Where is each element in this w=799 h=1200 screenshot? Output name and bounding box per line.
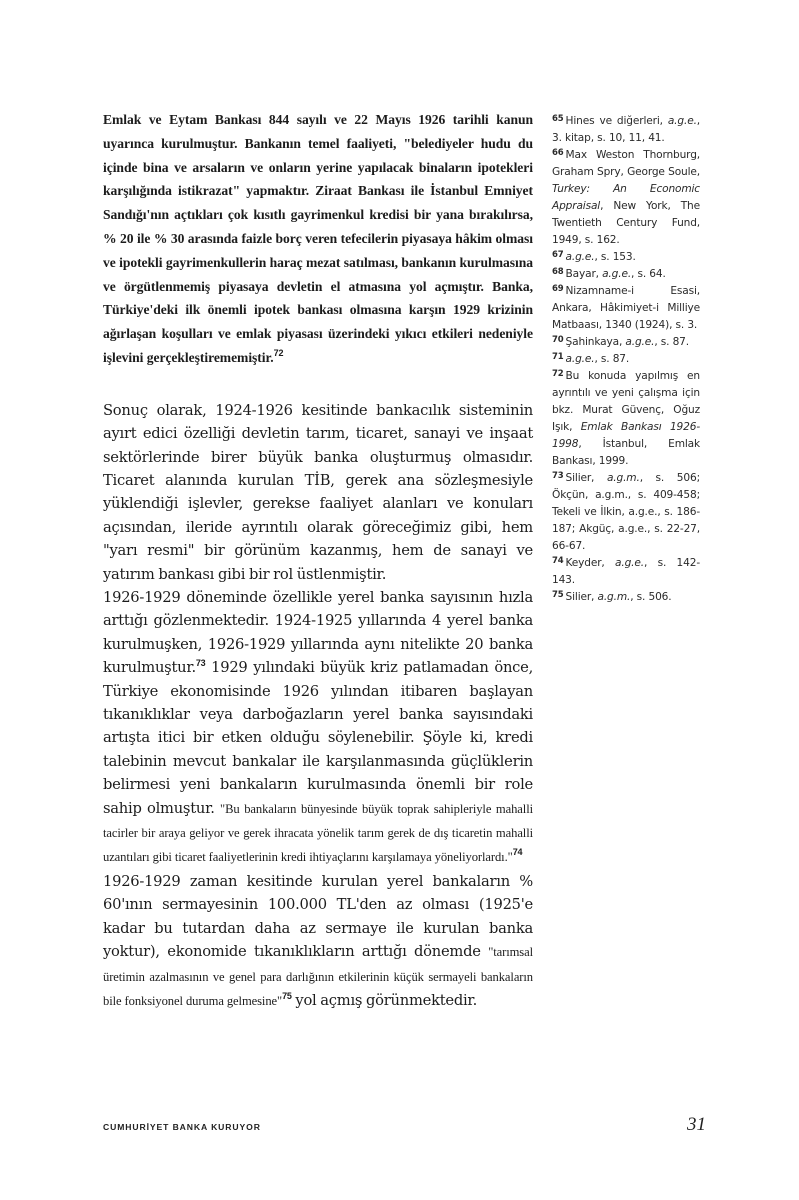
sidenote: 72Bu konuda yapılmış en ayrıntılı ve yen… xyxy=(552,368,700,470)
note-number: 75 xyxy=(552,590,564,600)
note-text: Max Weston Thornburg, Graham Spry, Georg… xyxy=(552,149,700,178)
main-text-column: Emlak ve Eytam Bankası 844 sayılı ve 22 … xyxy=(103,108,533,1013)
intro-text: Emlak ve Eytam Bankası 844 sayılı ve 22 … xyxy=(103,112,533,365)
paragraph-text: 1926-1929 zaman kesitinde kurulan yerel … xyxy=(103,873,533,960)
footnote-ref[interactable]: 73 xyxy=(196,658,206,668)
note-number: 74 xyxy=(552,556,564,566)
sidenote: 69Nizamname-i Esasi, Ankara, Hâkimiyet-i… xyxy=(552,283,700,334)
note-text: , s. 153. xyxy=(594,251,635,263)
paragraph-text: yol açmış görünmektedir. xyxy=(292,992,477,1009)
sidenote: 66Max Weston Thornburg, Graham Spry, Geo… xyxy=(552,147,700,249)
note-number: 73 xyxy=(552,471,564,481)
body-paragraph-3: 1926-1929 zaman kesitinde kurulan yerel … xyxy=(103,870,533,1013)
note-number: 65 xyxy=(552,114,564,124)
note-number: 66 xyxy=(552,148,564,158)
note-number: 67 xyxy=(552,250,564,260)
body-paragraph-1: Sonuç olarak, 1924-1926 kesitinde bankac… xyxy=(103,399,533,586)
footnote-ref[interactable]: 72 xyxy=(274,348,284,358)
book-page: Emlak ve Eytam Bankası 844 sayılı ve 22 … xyxy=(0,0,799,1200)
note-text: , s. 506. xyxy=(630,591,671,603)
page-number: 31 xyxy=(676,1114,706,1136)
note-italic: a.g.e. xyxy=(668,115,697,127)
note-italic: a.g.e. xyxy=(602,268,631,280)
footnote-ref[interactable]: 75 xyxy=(282,991,292,1001)
note-text: Keyder, xyxy=(566,557,616,569)
note-italic: a.g.e. xyxy=(566,353,595,365)
sidenote: 74Keyder, a.g.e., s. 142-143. xyxy=(552,555,700,589)
note-number: 72 xyxy=(552,369,564,379)
note-text: Hines ve diğerleri, xyxy=(566,115,668,127)
note-italic: a.g.m. xyxy=(607,472,640,484)
note-italic: a.g.m. xyxy=(598,591,631,603)
footnote-ref[interactable]: 74 xyxy=(513,847,523,857)
sidenote: 73Silier, a.g.m., s. 506; Ökçün, a.g.m.,… xyxy=(552,470,700,555)
note-text: Bayar, xyxy=(566,268,603,280)
note-number: 70 xyxy=(552,335,564,345)
note-number: 68 xyxy=(552,267,564,277)
intro-paragraph: Emlak ve Eytam Bankası 844 sayılı ve 22 … xyxy=(103,108,533,370)
note-italic: a.g.e. xyxy=(615,557,644,569)
paragraph-text: 1929 yılındaki büyük kriz patlamadan önc… xyxy=(103,659,533,816)
sidenote: 71a.g.e., s. 87. xyxy=(552,351,700,368)
note-italic: a.g.e. xyxy=(566,251,595,263)
sidenote: 75Silier, a.g.m., s. 506. xyxy=(552,589,700,606)
note-number: 71 xyxy=(552,352,564,362)
running-footer-title: CUMHURİYET BANKA KURUYOR xyxy=(103,1122,261,1132)
sidenote: 68Bayar, a.g.e., s. 64. xyxy=(552,266,700,283)
paragraph-text: Sonuç olarak, 1924-1926 kesitinde bankac… xyxy=(103,402,533,583)
note-number: 69 xyxy=(552,284,564,294)
note-text: Nizamname-i Esasi, Ankara, Hâkimiyet-i M… xyxy=(552,285,700,331)
note-text: Silier, xyxy=(566,591,598,603)
note-text: Şahinkaya, xyxy=(566,336,626,348)
sidenotes-column: 65Hines ve diğerleri, a.g.e., 3. kitap, … xyxy=(552,113,700,606)
note-text: , s. 506; Ökçün, a.g.m., s. 409-458; Tek… xyxy=(552,472,700,552)
note-text: , s. 87. xyxy=(594,353,629,365)
sidenote: 70Şahinkaya, a.g.e., s. 87. xyxy=(552,334,700,351)
note-italic: a.g.e. xyxy=(625,336,654,348)
sidenote: 67a.g.e., s. 153. xyxy=(552,249,700,266)
sidenote: 65Hines ve diğerleri, a.g.e., 3. kitap, … xyxy=(552,113,700,147)
note-text: , s. 64. xyxy=(631,268,666,280)
note-text: , s. 87. xyxy=(654,336,689,348)
body-paragraph-2: 1926-1929 döneminde özellikle yerel bank… xyxy=(103,586,533,870)
note-text: Silier, xyxy=(566,472,607,484)
